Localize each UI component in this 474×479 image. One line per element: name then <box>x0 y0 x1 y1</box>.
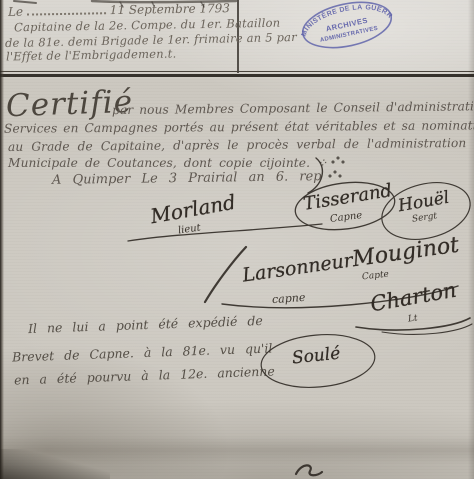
signature-larsonneur-rank: capne <box>272 291 306 306</box>
body-line-4: Municipale de Coutances, dont copie cijo… <box>8 156 327 170</box>
bottom-left-corner-shadow <box>0 449 110 479</box>
signature-soule: Soulé <box>291 344 341 369</box>
page-left-edge <box>0 0 4 479</box>
body-line-3: au Grade de Capitaine, d'après le procès… <box>8 136 466 154</box>
register-date: 11 Septembre 1793 <box>110 1 230 17</box>
scanned-document-page: Le 11 Septembre 1793 Capitaine de la 2e.… <box>0 0 474 479</box>
register-label: Le <box>8 5 23 19</box>
header-rule-thin <box>0 71 474 72</box>
place-date-line: A Quimper Le 3 Prairial an 6. rep <box>52 169 322 188</box>
signature-mouginot: Mouginot <box>351 233 461 273</box>
signature-mouginot-rank: Capte <box>362 270 390 283</box>
signature-tisserand: Tisserand <box>302 180 394 215</box>
footnote-line-1: Il ne lui a point été expédié de <box>28 313 263 336</box>
body-line-2: Services en Campagnes portés au présent … <box>4 118 474 135</box>
signature-charton-rank: Lt <box>407 313 418 324</box>
footnote-line-3: en a été pourvu à la 12e. ancienne <box>14 363 275 387</box>
header-rule-thick <box>0 74 474 77</box>
body-line-1: par nous Membres Composant le Conseil d'… <box>112 99 474 117</box>
signature-tisserand-rank: Capne <box>329 210 362 225</box>
signature-larsonneur: Larsonneur <box>241 249 354 286</box>
footnote-line-2: Brevet de Capne. à la 81e. vu qu'il <box>12 340 273 364</box>
page-right-edge <box>468 0 474 479</box>
header-line-3: l'Effet de l'Embrigademen.t. <box>6 47 177 64</box>
archives-stamp: MINISTÈRE DE LA GUERRE ARCHIVES ADMINIST… <box>295 0 399 58</box>
dotted-leader <box>27 11 106 15</box>
signature-houel-rank: Sergt <box>411 211 437 224</box>
signature-morland-rank: lieut <box>177 222 201 236</box>
signature-charton: Charton <box>369 278 459 317</box>
